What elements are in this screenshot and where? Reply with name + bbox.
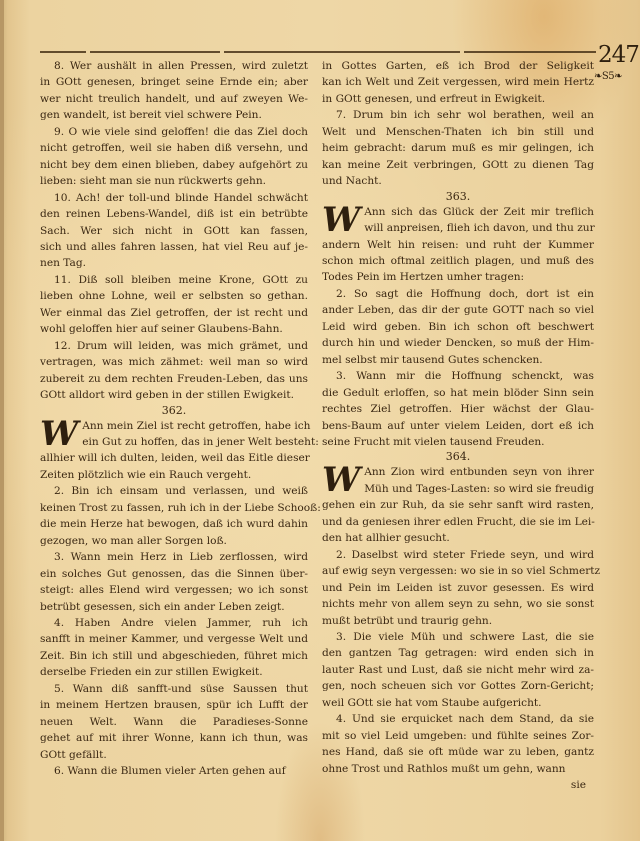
text-line: 3. Die viele Müh und schwere Last, die s… (322, 629, 594, 645)
text-line: derselbe Frieden ein zur stillen Ewigkei… (40, 664, 308, 680)
verse-number: 5. (54, 683, 64, 695)
line-text: neuen Welt. Wann die Paradieses-Sonne (40, 716, 308, 728)
text-line: 8. Wer aushält in allen Pressen, wird zu… (40, 58, 308, 74)
line-text: Zeiten plötzlich wie ein Rauch vergeht. (40, 469, 251, 481)
line-text: lauter Rast und Lust, daß sie nicht mehr… (322, 664, 594, 676)
text-line: will anpreisen, flieh ich davon, und thu… (322, 220, 594, 236)
verse-number: 2. (336, 288, 346, 300)
hymn-364-verse-3: 3. Die viele Müh und schwere Last, die s… (322, 629, 594, 711)
text-line: allhier will ich dulten, leiden, weil da… (40, 450, 308, 466)
line-text: und Pein im Leiden ist zuvor gesessen. E… (322, 582, 594, 594)
text-line: und Nacht. (322, 173, 594, 189)
text-line: mel selbst mir tausend Gutes schencken. (322, 352, 594, 368)
text-line: heim gebracht: darum muß es mir gelingen… (322, 140, 594, 156)
line-text: mel selbst mir tausend Gutes schencken. (322, 354, 543, 366)
hymn-362-verse-6-start: 6. Wann die Blumen vieler Arten gehen au… (40, 763, 308, 779)
text-line: mußt betrübt und traurig gehn. (322, 613, 594, 629)
line-text: und da geniesen ihrer edlen Frucht, die … (322, 516, 595, 528)
verse-number: 11. (54, 274, 71, 286)
text-line: seine Frucht mit vielen tausend Freuden. (322, 434, 594, 450)
line-text: will anpreisen, flieh ich davon, und thu… (364, 222, 594, 234)
text-line: die mein Herze hat bewogen, daß ich wurd… (40, 516, 308, 532)
line-text: Todes Pein im Hertzen umher tragen: (322, 271, 524, 283)
text-line: gehet auf mit ihrer Wonne, kann ich thun… (40, 730, 308, 746)
line-text: weil GOtt sie hat vom Staube aufgericht. (322, 697, 542, 709)
text-line: ohne Trost und Rathlos mußt um gehn, wan… (322, 761, 594, 777)
text-line: neuen Welt. Wann die Paradieses-Sonne (40, 714, 308, 730)
line-text: die Gedult erloffen, so hat mein blöder … (322, 387, 594, 399)
text-line: steigt: alles Elend wird vergessen; wo i… (40, 582, 308, 598)
text-line: zubereit zu dem rechten Freuden-Leben, d… (40, 371, 308, 387)
hymn-number-362: 362. (40, 404, 308, 418)
text-line: sanfft in meiner Kammer, und vergesse We… (40, 631, 308, 647)
line-text: den gantzen Tag getragen: wird enden sic… (322, 647, 594, 659)
verse-number: 4. (54, 617, 64, 629)
verse-number: 4. (336, 713, 346, 725)
left-column: 8. Wer aushält in allen Pressen, wird zu… (40, 58, 308, 779)
line-text: den reinen Lebens-Wandel, diß ist ein be… (40, 208, 308, 220)
line-text: Drum will leiden, was mich grämet, und (77, 340, 308, 352)
header-rule (40, 51, 596, 53)
text-line: sich und alles fahren lassen, hat viel R… (40, 239, 308, 255)
line-text: Die viele Müh und schwere Last, die sie (353, 631, 594, 643)
text-line: Ann Zion wird entbunden seyn von ihrer (322, 464, 594, 480)
line-text: in GOtt genesen, bringet seine Ernde ein… (40, 76, 308, 88)
line-text: mit so viel Leid umgeben: und fühlte sei… (322, 730, 594, 742)
line-text: keinen Trost zu fassen, ruh ich in der L… (40, 502, 321, 514)
binding-edge (0, 0, 4, 841)
text-line: gen, noch scheuen sich vor Gottes Zorn-G… (322, 678, 594, 694)
text-line: kan ich Welt und Zeit vergessen, wird me… (322, 74, 594, 90)
line-text: nicht bey dem einen blieben, dabey aufge… (40, 159, 308, 171)
text-line: in meinem Hertzen brausen, spür ich Luff… (40, 697, 308, 713)
line-text: Müh und Tages-Lasten: so wird sie freudi… (364, 483, 594, 495)
text-line: gehen ein zur Ruh, da sie sehr sanft wir… (322, 497, 594, 513)
line-text: steigt: alles Elend wird vergessen; wo i… (40, 584, 308, 596)
text-line: in GOtt genesen, bringet seine Ernde ein… (40, 74, 308, 90)
line-text: Bin ich einsam und verlassen, und weiß (71, 485, 308, 497)
drop-cap-initial: W (322, 205, 360, 235)
line-text: Wann diß sanfft-und süse Saussen thut (73, 683, 308, 695)
line-text: und Nacht. (322, 175, 382, 187)
text-line: bens-Baum auf unter vielem Leiden, dort … (322, 418, 594, 434)
line-text: ohne Trost und Rathlos mußt um gehn, wan… (322, 763, 565, 775)
text-line: wer nicht treulich handelt, und auf zwey… (40, 91, 308, 107)
line-text: gezogen, wo man aller Sorgen loß. (40, 535, 227, 547)
line-text: allhier will ich dulten, leiden, weil da… (40, 452, 310, 464)
text-line: ein solches Gut genossen, das die Sinnen… (40, 566, 308, 582)
line-text: Wer aushält in allen Pressen, wird zulet… (70, 60, 308, 72)
verse-8: 8. Wer aushält in allen Pressen, wird zu… (40, 58, 308, 124)
text-line: 11. Diß soll bleiben meine Krone, GOtt z… (40, 272, 308, 288)
line-text: auf ewig seyn vergessen: wo sie in so vi… (322, 565, 600, 577)
line-text: Wann mein Herz in Lieb zerflossen, wird (71, 551, 308, 563)
text-line: Zeiten plötzlich wie ein Rauch vergeht. (40, 467, 308, 483)
text-line: in GOtt genesen, und erfreut in Ewigkeit… (322, 91, 594, 107)
text-line: keinen Trost zu fassen, ruh ich in der L… (40, 500, 308, 516)
line-text: durch hin und wieder Dencken, so muß der… (322, 337, 594, 349)
text-line: 4. Haben Andre vielen Jammer, ruh ich (40, 615, 308, 631)
text-line: lieben: sieht man sie nun rückwerts gehn… (40, 173, 308, 189)
text-line: Müh und Tages-Lasten: so wird sie freudi… (322, 481, 594, 497)
verse-number: 6. (54, 765, 64, 777)
line-text: zubereit zu dem rechten Freuden-Leben, d… (40, 373, 308, 385)
hymn-362-verse-4: 4. Haben Andre vielen Jammer, ruh ichsan… (40, 615, 308, 681)
line-text: gen wandelt, ist bereit viel schwere Pei… (40, 109, 262, 121)
line-text: lieben: sieht man sie nun rückwerts gehn… (40, 175, 266, 187)
verse-number: 12. (54, 340, 71, 352)
hymn-364-verse-1: WAnn Zion wird entbunden seyn von ihrerM… (322, 464, 594, 546)
hymn-number-364: 364. (322, 450, 594, 464)
text-line: den reinen Lebens-Wandel, diß ist ein be… (40, 206, 308, 222)
text-line: nicht getroffen, weil sie haben diß vers… (40, 140, 308, 156)
drop-cap-initial: W (322, 465, 360, 495)
text-line: und da geniesen ihrer edlen Frucht, die … (322, 514, 594, 530)
line-text: mußt betrübt und traurig gehn. (322, 615, 492, 627)
text-line: 4. Und sie erquicket nach dem Stand, da … (322, 711, 594, 727)
text-line: den gantzen Tag getragen: wird enden sic… (322, 645, 594, 661)
text-line: 2. Bin ich einsam und verlassen, und wei… (40, 483, 308, 499)
text-line: wohl geloffen hier auf seiner Glaubens-B… (40, 321, 308, 337)
line-text: Ann mein Ziel ist recht getroffen, habe … (82, 420, 310, 432)
line-text: Und sie erquicket nach dem Stand, da sie (352, 713, 594, 725)
text-line: Welt und Menschen-Thaten ich bin still u… (322, 124, 594, 140)
text-line: Zeit. Bin ich still und abgeschieden, fü… (40, 648, 308, 664)
text-line: schon mich oftmal zeitlich plagen, und m… (322, 253, 594, 269)
text-line: vertragen, was mich zähmet: weil man so … (40, 354, 308, 370)
text-line: Ann sich das Glück der Zeit mir treflich (322, 204, 594, 220)
text-line: Todes Pein im Hertzen umher tragen: (322, 269, 594, 285)
line-text: die mein Herze hat bewogen, daß ich wurd… (40, 518, 308, 530)
right-column: in Gottes Garten, eß ich Brod der Seligk… (322, 58, 594, 793)
line-text: Leid wird geben. Bin ich schon oft besch… (322, 321, 594, 333)
text-line: in Gottes Garten, eß ich Brod der Seligk… (322, 58, 594, 74)
text-line: die Gedult erloffen, so hat mein blöder … (322, 385, 594, 401)
line-text: Ann sich das Glück der Zeit mir treflich (364, 206, 594, 218)
line-text: vertragen, was mich zähmet: weil man so … (40, 356, 308, 368)
line-text: andern Welt hin reisen: und ruht der Kum… (322, 239, 594, 251)
text-line: Leid wird geben. Bin ich schon oft besch… (322, 319, 594, 335)
line-text: nichts mehr von allem seyn zu sehn, wo s… (322, 598, 594, 610)
text-line: GOtt gefällt. (40, 747, 308, 763)
verse-7: 7. Drum bin ich sehr wol berathen, weil … (322, 107, 594, 189)
text-line: Wer einmal das Ziel getroffen, der ist r… (40, 305, 308, 321)
line-text: So sagt die Hoffnung doch, dort ist ein (354, 288, 594, 300)
line-text: nicht getroffen, weil sie haben diß vers… (40, 142, 308, 154)
hymn-363-verse-1: WAnn sich das Glück der Zeit mir treflic… (322, 204, 594, 286)
line-text: ander Leben, das dir der gute GOTT nach … (322, 304, 594, 316)
line-text: Diß soll bleiben meine Krone, GOtt zu (78, 274, 308, 286)
verse-number: 10. (54, 192, 71, 204)
verse-10: 10. Ach! der toll-und blinde Handel schw… (40, 190, 308, 272)
line-text: schon mich oftmal zeitlich plagen, und m… (322, 255, 594, 267)
line-text: Haben Andre vielen Jammer, ruh ich (75, 617, 308, 629)
line-text: wohl geloffen hier auf seiner Glaubens-B… (40, 323, 283, 335)
line-text: gehet auf mit ihrer Wonne, kann ich thun… (40, 732, 308, 744)
line-text: gen, noch scheuen sich vor Gottes Zorn-G… (322, 680, 594, 692)
text-line: rechtes Ziel getroffen. Hier wächst der … (322, 401, 594, 417)
line-text: nen Tag. (40, 257, 86, 269)
hymn-362-verse-5: 5. Wann diß sanfft-und süse Saussen thut… (40, 681, 308, 763)
line-text: Ach! der toll-und blinde Handel schwächt (76, 192, 308, 204)
line-text: den hat allhier gesucht. (322, 532, 450, 544)
line-text: betrübt gesessen, sich ein ander Leben z… (40, 601, 285, 613)
hymn-364-verse-4: 4. Und sie erquicket nach dem Stand, da … (322, 711, 594, 777)
text-line: den hat allhier gesucht. (322, 530, 594, 546)
verse-number: 2. (336, 549, 346, 561)
text-line: weil GOtt sie hat vom Staube aufgericht. (322, 695, 594, 711)
hymn-362-verse-2: 2. Bin ich einsam und verlassen, und wei… (40, 483, 308, 549)
line-text: rechtes Ziel getroffen. Hier wächst der … (322, 403, 594, 415)
text-line: betrübt gesessen, sich ein ander Leben z… (40, 599, 308, 615)
text-line: nichts mehr von allem seyn zu sehn, wo s… (322, 596, 594, 612)
line-text: GOtt gefällt. (40, 749, 107, 761)
text-line: durch hin und wieder Dencken, so muß der… (322, 335, 594, 351)
line-text: ein Gut zu hoffen, das in jener Welt bes… (82, 436, 319, 448)
verse-number: 7. (336, 109, 346, 121)
line-text: in Gottes Garten, eß ich Brod der Seligk… (322, 60, 594, 72)
text-line: gezogen, wo man aller Sorgen loß. (40, 533, 308, 549)
line-text: sich und alles fahren lassen, hat viel R… (40, 241, 308, 253)
hymn-number-363: 363. (322, 190, 594, 204)
verse-number: 3. (54, 551, 64, 563)
text-line: 7. Drum bin ich sehr wol berathen, weil … (322, 107, 594, 123)
line-text: gehen ein zur Ruh, da sie sehr sanft wir… (322, 499, 594, 511)
text-line: 5. Wann diß sanfft-und süse Saussen thut (40, 681, 308, 697)
line-text: seine Frucht mit vielen tausend Freuden. (322, 436, 545, 448)
line-text: Ann Zion wird entbunden seyn von ihrer (364, 466, 594, 478)
line-text: Wann die Blumen vieler Arten gehen auf (67, 765, 285, 777)
text-line: ander Leben, das dir der gute GOTT nach … (322, 302, 594, 318)
line-text: derselbe Frieden ein zur stillen Ewigkei… (40, 666, 263, 678)
text-line: mit so viel Leid umgeben: und fühlte sei… (322, 728, 594, 744)
text-line: 2. So sagt die Hoffnung doch, dort ist e… (322, 286, 594, 302)
line-text: Drum bin ich sehr wol berathen, weil an (353, 109, 594, 121)
hymn-362-verse-3: 3. Wann mein Herz in Lieb zerflossen, wi… (40, 549, 308, 615)
line-text: Daselbst wird steter Friede seyn, und wi… (352, 549, 594, 561)
text-line: nes Hand, daß sie oft müde war zu leben,… (322, 744, 594, 760)
document-page: 247 ❧S5❧ 8. Wer aushält in allen Pressen… (0, 0, 640, 841)
verse-9: 9. O wie viele sind geloffen! die das Zi… (40, 124, 308, 190)
drop-cap-initial: W (40, 419, 78, 449)
verse-number: 8. (54, 60, 64, 72)
line-text: bens-Baum auf unter vielem Leiden, dort … (322, 420, 594, 432)
line-text: Wann mir die Hoffnung schenckt, was (356, 370, 594, 382)
line-text: heim gebracht: darum muß es mir gelingen… (322, 142, 594, 154)
verse-number: 3. (336, 370, 346, 382)
verse-number: 3. (336, 631, 346, 643)
verse-number: 9. (54, 126, 64, 138)
text-line: 12. Drum will leiden, was mich grämet, u… (40, 338, 308, 354)
line-text: nes Hand, daß sie oft müde war zu leben,… (322, 746, 594, 758)
catchword: sie (322, 777, 594, 793)
verse-12: 12. Drum will leiden, was mich grämet, u… (40, 338, 308, 404)
line-text: Wer einmal das Ziel getroffen, der ist r… (40, 307, 308, 319)
hymn-363-verse-3: 3. Wann mir die Hoffnung schenckt, wasdi… (322, 368, 594, 450)
text-line: und Pein im Leiden ist zuvor gesessen. E… (322, 580, 594, 596)
text-line: andern Welt hin reisen: und ruht der Kum… (322, 237, 594, 253)
line-text: GOtt alldort wird geben in der stillen E… (40, 389, 294, 401)
hymn-362-verse-1: WAnn mein Ziel ist recht getroffen, habe… (40, 418, 308, 484)
verse-6-continued: in Gottes Garten, eß ich Brod der Seligk… (322, 58, 594, 107)
line-text: lieben ohne Lohne, weil er selbsten so g… (40, 290, 308, 302)
text-line: 6. Wann die Blumen vieler Arten gehen au… (40, 763, 308, 779)
text-line: 2. Daselbst wird steter Friede seyn, und… (322, 547, 594, 563)
hymn-364-verse-2: 2. Daselbst wird steter Friede seyn, und… (322, 547, 594, 629)
line-text: in meinem Hertzen brausen, spür ich Luff… (40, 699, 308, 711)
text-line: auf ewig seyn vergessen: wo sie in so vi… (322, 563, 594, 579)
line-text: wer nicht treulich handelt, und auf zwey… (40, 93, 308, 105)
line-text: O wie viele sind geloffen! die das Ziel … (69, 126, 308, 138)
text-line: GOtt alldort wird geben in der stillen E… (40, 387, 308, 403)
line-text: Welt und Menschen-Thaten ich bin still u… (322, 126, 594, 138)
verse-number: 2. (54, 485, 64, 497)
line-text: kan meine Zeit verbringen, GOtt zu diene… (322, 159, 594, 171)
text-line: 3. Wann mir die Hoffnung schenckt, was (322, 368, 594, 384)
text-line: Sach. Wer sich nicht in GOtt kan fassen, (40, 223, 308, 239)
signature-mark: ❧S5❧ (594, 71, 622, 82)
text-line: lieben ohne Lohne, weil er selbsten so g… (40, 288, 308, 304)
line-text: kan ich Welt und Zeit vergessen, wird me… (322, 76, 594, 88)
text-line: nicht bey dem einen blieben, dabey aufge… (40, 157, 308, 173)
hymn-363-verse-2: 2. So sagt die Hoffnung doch, dort ist e… (322, 286, 594, 368)
page-number: 247 (598, 42, 639, 68)
text-line: kan meine Zeit verbringen, GOtt zu diene… (322, 157, 594, 173)
text-line: 3. Wann mein Herz in Lieb zerflossen, wi… (40, 549, 308, 565)
text-line: ein Gut zu hoffen, das in jener Welt bes… (40, 434, 308, 450)
text-line: gen wandelt, ist bereit viel schwere Pei… (40, 107, 308, 123)
line-text: Sach. Wer sich nicht in GOtt kan fassen, (40, 225, 308, 237)
line-text: sanfft in meiner Kammer, und vergesse We… (40, 633, 308, 645)
text-line: lauter Rast und Lust, daß sie nicht mehr… (322, 662, 594, 678)
line-text: in GOtt genesen, und erfreut in Ewigkeit… (322, 93, 545, 105)
text-line: nen Tag. (40, 255, 308, 271)
text-line: 10. Ach! der toll-und blinde Handel schw… (40, 190, 308, 206)
verse-11: 11. Diß soll bleiben meine Krone, GOtt z… (40, 272, 308, 338)
text-line: Ann mein Ziel ist recht getroffen, habe … (40, 418, 308, 434)
text-line: 9. O wie viele sind geloffen! die das Zi… (40, 124, 308, 140)
line-text: Zeit. Bin ich still und abgeschieden, fü… (40, 650, 308, 662)
line-text: ein solches Gut genossen, das die Sinnen… (40, 568, 308, 580)
